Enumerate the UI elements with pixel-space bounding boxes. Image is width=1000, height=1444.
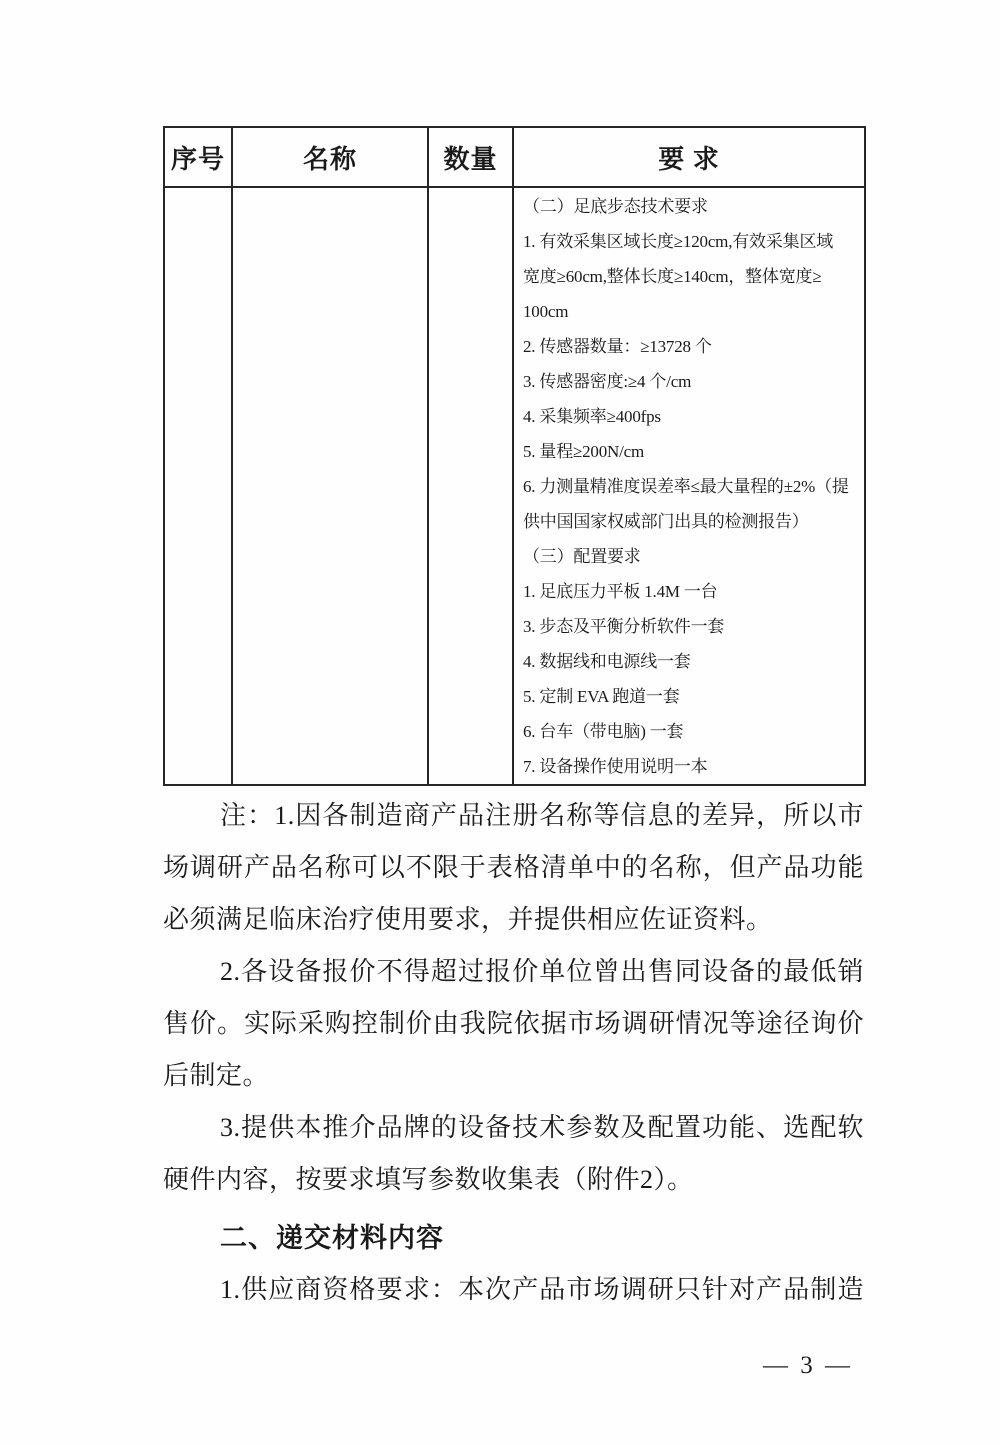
requirement-line: （三）配置要求 <box>523 539 856 574</box>
note-paragraph-2: 2.各设备报价不得超过报价单位曾出售同设备的最低销 售价。实际采购控制价由我院依… <box>163 946 864 1102</box>
note-paragraph-1: 注：1.因各制造商产品注册名称等信息的差异，所以市 场调研产品名称可以不限于表格… <box>163 790 864 946</box>
text-line: 注：1.因各制造商产品注册名称等信息的差异，所以市 <box>163 790 864 842</box>
requirements-cell: （二）足底步态技术要求1. 有效采集区域长度≥120cm,有效采集区域宽度≥60… <box>513 187 865 785</box>
requirement-line: 1. 足底压力平板 1.4M 一台 <box>523 574 856 609</box>
quantity-cell <box>428 187 513 785</box>
section-heading: 二、递交材料内容 <box>163 1212 864 1264</box>
requirement-line: 100cm <box>523 294 856 329</box>
requirement-line: 供中国国家权威部门出具的检测报告） <box>523 504 856 539</box>
note-paragraph-3: 3.提供本推介品牌的设备技术参数及配置功能、选配软 硬件内容，按要求填写参数收集… <box>163 1102 864 1206</box>
serial-cell <box>164 187 232 785</box>
paragraph-supplier-qualification: 1.供应商资格要求：本次产品市场调研只针对产品制造 <box>163 1264 864 1316</box>
table-row: （二）足底步态技术要求1. 有效采集区域长度≥120cm,有效采集区域宽度≥60… <box>164 187 865 785</box>
requirement-line: 3. 步态及平衡分析软件一套 <box>523 609 856 644</box>
requirement-line: 3. 传感器密度:≥4 个/cm <box>523 364 856 399</box>
text-line: 售价。实际采购控制价由我院依据市场调研情况等途径询价 <box>163 998 864 1050</box>
requirement-line: 1. 有效采集区域长度≥120cm,有效采集区域 <box>523 224 856 259</box>
text-line: 3.提供本推介品牌的设备技术参数及配置功能、选配软 <box>163 1102 864 1154</box>
requirement-line: 4. 数据线和电源线一套 <box>523 644 856 679</box>
requirement-line: 5. 定制 EVA 跑道一套 <box>523 679 856 714</box>
text-line: 2.各设备报价不得超过报价单位曾出售同设备的最低销 <box>163 946 864 998</box>
col-header-name: 名称 <box>232 127 428 187</box>
requirement-line: 6. 力测量精准度误差率≤最大量程的±2%（提 <box>523 469 856 504</box>
requirement-line: （二）足底步态技术要求 <box>523 189 856 224</box>
name-cell <box>232 187 428 785</box>
table-header-row: 序号 名称 数量 要 求 <box>164 127 865 187</box>
requirements-table: 序号 名称 数量 要 求 （二）足底步态技术要求1. 有效采集区域长度≥120c… <box>163 126 866 786</box>
requirement-line: 6. 台车（带电脑) 一套 <box>523 714 856 749</box>
text-line: 必须满足临床治疗使用要求，并提供相应佐证资料。 <box>163 894 864 946</box>
document-page: 序号 名称 数量 要 求 （二）足底步态技术要求1. 有效采集区域长度≥120c… <box>0 0 1000 1444</box>
col-header-quantity: 数量 <box>428 127 513 187</box>
col-header-requirements: 要 求 <box>513 127 865 187</box>
text-line: 场调研产品名称可以不限于表格清单中的名称，但产品功能 <box>163 842 864 894</box>
text-line: 后制定。 <box>163 1050 864 1102</box>
requirement-line: 7. 设备操作使用说明一本 <box>523 749 856 784</box>
requirement-lines: （二）足底步态技术要求1. 有效采集区域长度≥120cm,有效采集区域宽度≥60… <box>523 189 856 784</box>
requirement-line: 宽度≥60cm,整体长度≥140cm，整体宽度≥ <box>523 259 856 294</box>
notes-section: 注：1.因各制造商产品注册名称等信息的差异，所以市 场调研产品名称可以不限于表格… <box>163 790 864 1316</box>
text-line: 硬件内容，按要求填写参数收集表（附件2）。 <box>163 1154 864 1206</box>
requirement-line: 5. 量程≥200N/cm <box>523 434 856 469</box>
requirement-line: 4. 采集频率≥400fps <box>523 399 856 434</box>
col-header-serial-number: 序号 <box>164 127 232 187</box>
requirement-line: 2. 传感器数量：≥13728 个 <box>523 329 856 364</box>
text-line: 1.供应商资格要求：本次产品市场调研只针对产品制造 <box>163 1264 864 1316</box>
page-number: — 3 — <box>763 1352 853 1380</box>
